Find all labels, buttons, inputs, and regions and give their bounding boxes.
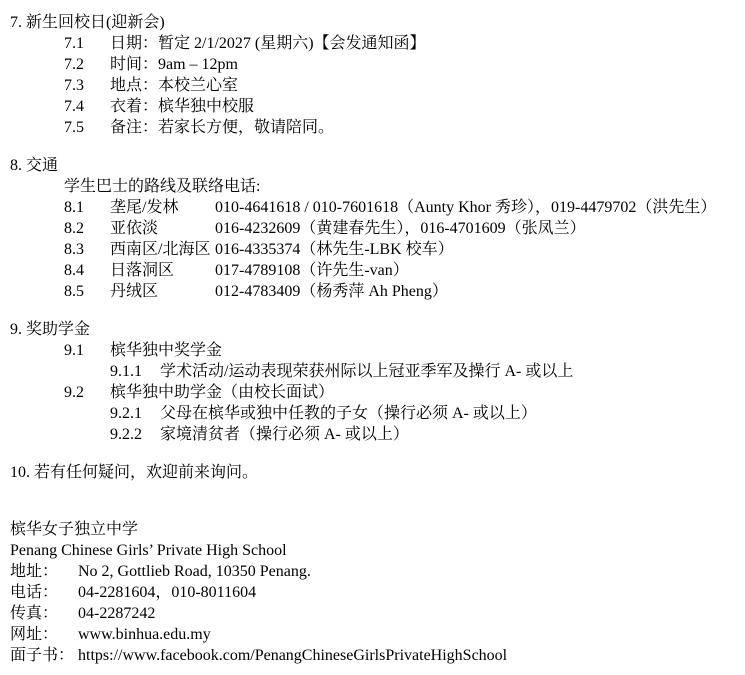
list-item: 7.5 备注：若家长方便，敬请陪同。 [10, 117, 739, 138]
school-contact-block: 槟华女子独立中学 Penang Chinese Girls’ Private H… [10, 519, 739, 666]
contact-value: 04-2281604，010-8011604 [78, 582, 256, 603]
school-name-english: Penang Chinese Girls’ Private High Schoo… [10, 540, 287, 561]
contact-label: 网址： [10, 624, 78, 645]
contact-row-website: 网址： www.binhua.edu.my [10, 624, 739, 645]
item-text: 槟华独中助学金（由校长面试） [110, 382, 334, 403]
list-item: 9.2.2 家境清贫者（操行必须 A- 或以上） [10, 424, 739, 445]
document: 7. 新生回校日(迎新会) 7.1 日期：暂定 2/1/2027 (星期六)【会… [0, 0, 745, 666]
contact-row-phone: 电话： 04-2281604，010-8011604 [10, 582, 739, 603]
item-number: 7.5 [64, 117, 110, 138]
section-8-heading: 8. 交通 [10, 155, 58, 176]
route-region: 西南区/北海区 [110, 239, 215, 260]
route-region: 亚依淡 [110, 218, 215, 239]
section-8-subheading: 学生巴士的路线及联络电话: [64, 176, 260, 197]
item-number: 8.3 [64, 239, 110, 260]
item-text: 父母在槟华或独中任教的子女（操行必须 A- 或以上） [160, 403, 537, 424]
list-item: 7.3 地点：本校兰心室 [10, 75, 739, 96]
list-item: 9.1 槟华独中奖学金 [10, 340, 739, 361]
contact-value: No 2, Gottlieb Road, 10350 Penang. [78, 561, 311, 582]
contact-label: 传真： [10, 603, 78, 624]
section-transport: 8. 交通 学生巴士的路线及联络电话: 8.1 垄尾/发林 010-464161… [10, 155, 739, 302]
item-number: 9.1.1 [110, 361, 160, 382]
list-item: 7.1 日期：暂定 2/1/2027 (星期六)【会发通知函】 [10, 33, 739, 54]
item-number: 8.2 [64, 218, 110, 239]
list-item: 7.2 时间：9am – 12pm [10, 54, 739, 75]
list-item: 9.2.1 父母在槟华或独中任教的子女（操行必须 A- 或以上） [10, 403, 739, 424]
item-text: 时间：9am – 12pm [110, 54, 238, 75]
item-number: 8.5 [64, 281, 110, 302]
item-text: 日期：暂定 2/1/2027 (星期六)【会发通知函】 [110, 33, 426, 54]
section-9-heading: 9. 奖助学金 [10, 319, 90, 340]
contact-row-facebook: 面子书： https://www.facebook.com/PenangChin… [10, 645, 739, 666]
contact-label: 地址： [10, 561, 78, 582]
school-name-chinese: 槟华女子独立中学 [10, 519, 138, 540]
item-number: 7.1 [64, 33, 110, 54]
section-enquiries: 10. 若有任何疑问，欢迎前来询问。 [10, 462, 739, 483]
item-number: 8.1 [64, 197, 110, 218]
item-text: 备注：若家长方便，敬请陪同。 [110, 117, 334, 138]
item-text: 衣着：槟华独中校服 [110, 96, 254, 117]
route-region: 日落洞区 [110, 260, 215, 281]
bus-route-row: 8.3 西南区/北海区 016-4335374（林先生-LBK 校车） [10, 239, 739, 260]
bus-route-row: 8.4 日落洞区 017-4789108（许先生-van） [10, 260, 739, 281]
route-phones: 016-4232609（黄建春先生），016-4701609（张凤兰） [215, 218, 586, 239]
list-item: 7.4 衣着：槟华独中校服 [10, 96, 739, 117]
contact-value: 04-2287242 [78, 603, 155, 624]
bus-route-row: 8.1 垄尾/发林 010-4641618 / 010-7601618（Aunt… [10, 197, 739, 218]
route-phones: 012-4783409（杨秀萍 Ah Pheng） [215, 281, 448, 302]
route-region: 垄尾/发林 [110, 197, 215, 218]
list-item: 9.1.1 学术活动/运动表现荣获州际以上冠亚季军及操行 A- 或以上 [10, 361, 739, 382]
item-number: 9.1 [64, 340, 110, 361]
section-scholarships: 9. 奖助学金 9.1 槟华独中奖学金 9.1.1 学术活动/运动表现荣获州际以… [10, 319, 739, 445]
section-10-heading: 10. 若有任何疑问，欢迎前来询问。 [10, 462, 258, 483]
list-item: 9.2 槟华独中助学金（由校长面试） [10, 382, 739, 403]
website-url: www.binhua.edu.my [78, 624, 211, 645]
item-text: 家境清贫者（操行必须 A- 或以上） [160, 424, 409, 445]
bus-route-row: 8.2 亚依淡 016-4232609（黄建春先生），016-4701609（张… [10, 218, 739, 239]
item-text: 地点：本校兰心室 [110, 75, 238, 96]
item-number: 7.2 [64, 54, 110, 75]
contact-label: 电话： [10, 582, 78, 603]
facebook-url: https://www.facebook.com/PenangChineseGi… [78, 645, 507, 666]
contact-row-address: 地址： No 2, Gottlieb Road, 10350 Penang. [10, 561, 739, 582]
route-phones: 017-4789108（许先生-van） [215, 260, 409, 281]
section-7-heading: 7. 新生回校日(迎新会) [10, 12, 165, 33]
section-new-student-day: 7. 新生回校日(迎新会) 7.1 日期：暂定 2/1/2027 (星期六)【会… [10, 12, 739, 138]
route-phones: 010-4641618 / 010-7601618（Aunty Khor 秀珍）… [215, 197, 716, 218]
item-number: 7.4 [64, 96, 110, 117]
item-number: 9.2.1 [110, 403, 160, 424]
item-number: 9.2 [64, 382, 110, 403]
item-number: 7.3 [64, 75, 110, 96]
item-text: 槟华独中奖学金 [110, 340, 222, 361]
item-number: 8.4 [64, 260, 110, 281]
route-region: 丹绒区 [110, 281, 215, 302]
contact-label: 面子书： [10, 645, 78, 666]
bus-route-row: 8.5 丹绒区 012-4783409（杨秀萍 Ah Pheng） [10, 281, 739, 302]
route-phones: 016-4335374（林先生-LBK 校车） [215, 239, 454, 260]
item-text: 学术活动/运动表现荣获州际以上冠亚季军及操行 A- 或以上 [160, 361, 573, 382]
contact-row-fax: 传真： 04-2287242 [10, 603, 739, 624]
item-number: 9.2.2 [110, 424, 160, 445]
